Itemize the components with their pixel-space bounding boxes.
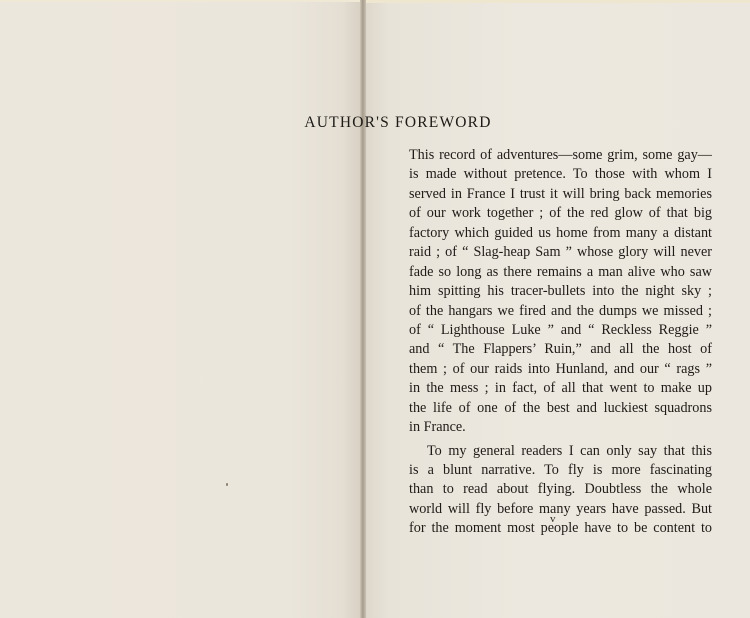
text-line: of “ Lighthouse Luke ” and “ Reckless Re… (409, 321, 712, 340)
text-line: is made without pretence. To those with … (409, 165, 712, 184)
page-edge-right (366, 0, 750, 3)
paper-speck (226, 483, 228, 486)
chapter-heading: AUTHOR'S FOREWORD (0, 114, 750, 132)
text-line: than to read about flying. Doubtless the… (409, 480, 712, 499)
text-line: raid ; of “ Slag-heap Sam ” whose glory … (409, 243, 712, 262)
page-number: v (550, 513, 556, 525)
text-line: world will fly before many years have pa… (409, 500, 712, 519)
left-page-blank (0, 0, 360, 618)
foreword-body: This record of adventures—some grim, som… (409, 146, 712, 539)
text-line: in the mess ; in fact, of all that went … (409, 379, 712, 398)
text-line: fade so long as there remains a man aliv… (409, 263, 712, 282)
text-line: is a blunt narrative. To fly is more fas… (409, 461, 712, 480)
text-line: of our work together ; of the red glow o… (409, 204, 712, 223)
paragraph-1: This record of adventures—some grim, som… (409, 146, 712, 438)
text-line: served in France I trust it will bring b… (409, 185, 712, 204)
text-line: of the hangars we fired and the dumps we… (409, 302, 712, 321)
text-line: him spitting his tracer-bullets into the… (409, 282, 712, 301)
text-line: for the moment most people have to be co… (409, 519, 712, 538)
text-line: in France. (409, 418, 712, 437)
text-line: them ; of our raids into Hunland, and ou… (409, 360, 712, 379)
text-line: the life of one of the best and luckiest… (409, 399, 712, 418)
text-line: and “ The Flappers’ Ruin,” and all the h… (409, 340, 712, 359)
text-line: factory which guided us home from many a… (409, 224, 712, 243)
page-edge-left (0, 0, 360, 2)
text-line: To my general readers I can only say tha… (409, 442, 712, 461)
paragraph-2: To my general readers I can only say tha… (409, 442, 712, 539)
text-line: This record of adventures—some grim, som… (409, 146, 712, 165)
